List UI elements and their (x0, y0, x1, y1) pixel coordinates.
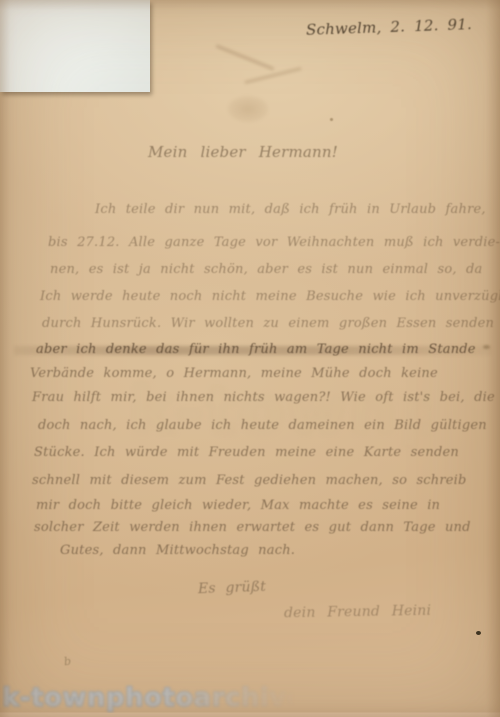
letter-paper: k-townphotoarchives Schwelm, 2. 12. 91. … (0, 0, 500, 717)
body-line: nen, es ist ja nicht schön, aber es ist … (50, 262, 483, 277)
body-line: mir doch bitte gleich wieder, Max machte… (36, 498, 440, 513)
body-line: aber ich denke das für ihn früh am Tage … (36, 342, 476, 357)
ink-speck (330, 118, 333, 121)
body-line: Frau hilft mir, bei ihnen nichts wagen?!… (32, 390, 495, 405)
seller-watermark-bottom: k-townphotoarchives (2, 683, 321, 713)
ink-speck (476, 631, 481, 635)
paper-dent (228, 96, 268, 122)
body-line: solcher Zeit werden ihnen erwartet es gu… (34, 520, 471, 535)
torn-corner (0, 0, 150, 92)
body-line: schnell mit diesem zum Fest gediehen mac… (32, 473, 467, 488)
closing-handwriting: Es grüßt (198, 579, 267, 597)
body-line: bis 27.12. Alle ganze Tage vor Weihnacht… (48, 235, 500, 250)
ink-speck (483, 345, 490, 349)
body-line: durch Hunsrück. Wir wollten zu einem gro… (42, 316, 494, 331)
body-line: Verbände komme, o Hermann, meine Mühe do… (30, 366, 438, 381)
letter-photo: k-townphotoarchives Schwelm, 2. 12. 91. … (0, 0, 500, 717)
body-line: Ich werde heute noch nicht meine Besuche… (40, 289, 500, 304)
body-line: Ich teile dir nun mit, daß ich früh in U… (95, 202, 486, 217)
body-line: Stücke. Ich würde mit Freuden meine eine… (34, 445, 459, 460)
body-line: doch nach, ich glaube ich heute dameinen… (38, 418, 487, 433)
salutation-handwriting: Mein lieber Hermann! (148, 143, 338, 161)
paper-dent (216, 44, 275, 70)
dateline-handwriting: Schwelm, 2. 12. 91. (306, 15, 472, 39)
signature-handwriting: dein Freund Heini (284, 603, 431, 622)
pencil-mark: b (63, 655, 72, 669)
body-line: Gutes, dann Mittwochstag nach. (60, 543, 295, 558)
